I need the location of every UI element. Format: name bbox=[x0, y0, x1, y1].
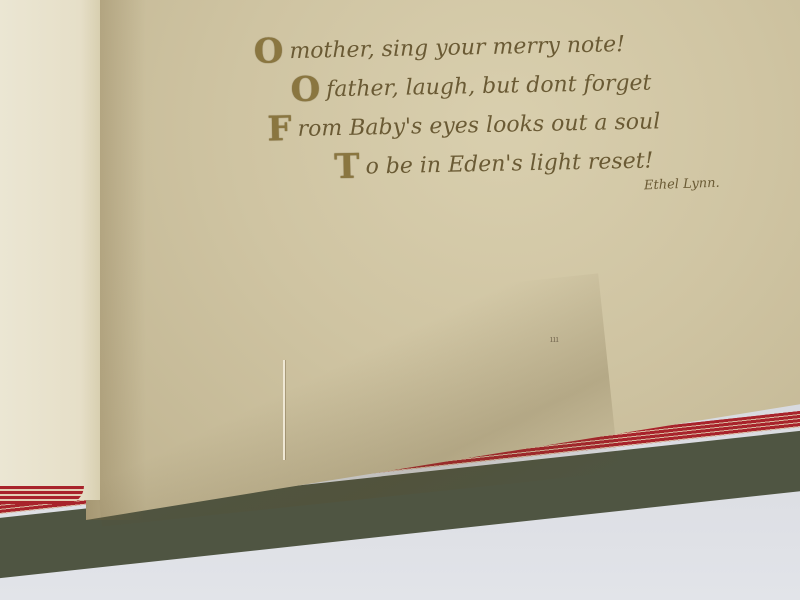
poem: Omother, sing your merry note! Ofather, … bbox=[253, 23, 716, 189]
illuminated-capital: O bbox=[290, 70, 320, 109]
photo-scene: Omother, sing your merry note! Ofather, … bbox=[0, 0, 800, 600]
illuminated-capital: F bbox=[267, 110, 292, 148]
left-page bbox=[0, 0, 100, 500]
page-tear bbox=[283, 360, 285, 460]
illuminated-capital: T bbox=[334, 148, 360, 187]
poem-author: Ethel Lynn. bbox=[644, 176, 720, 194]
illuminated-capital: O bbox=[253, 32, 283, 71]
left-page-curl bbox=[0, 486, 84, 504]
page-mark: ııı bbox=[550, 335, 559, 345]
